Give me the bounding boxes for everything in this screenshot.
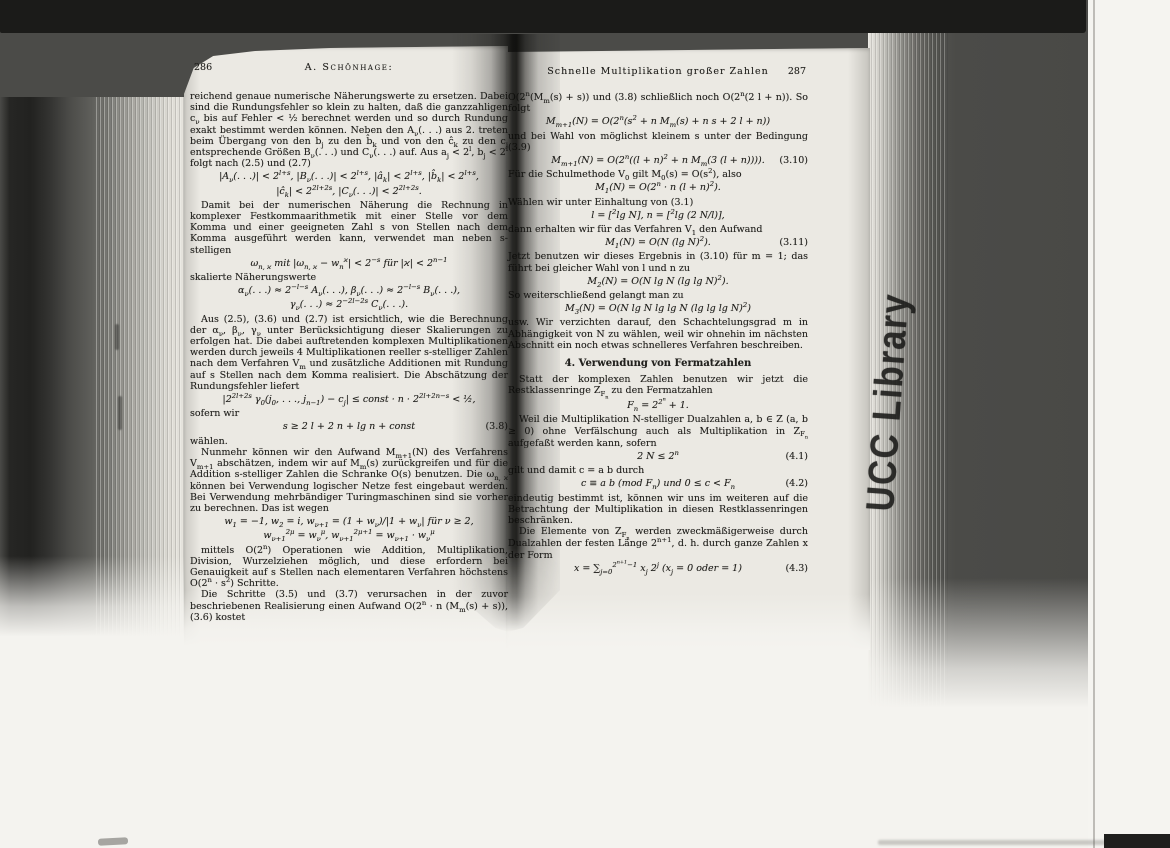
text-run: dann erhalten wir für das Verfahren V1 d… bbox=[508, 224, 762, 235]
paragraph: O(2n(Mm(s) + s)) und (3.8) schließlich n… bbox=[508, 92, 808, 114]
equation-number: (3.11) bbox=[779, 237, 808, 248]
display-equation: |22l+2s γ0(j0, . . ., jn−1) − cj| ≤ cons… bbox=[190, 394, 508, 405]
right-page-number: 287 bbox=[788, 66, 806, 77]
text-run: Die Elemente von ZFn werden zweckmäßiger… bbox=[508, 526, 808, 560]
text-run: M1(N) = O(N (lg N)2). bbox=[605, 237, 711, 248]
text-run: s ≥ 2 l + 2 n + lg n + const bbox=[283, 421, 415, 432]
paragraph: gilt und damit c = a b durch bbox=[508, 465, 808, 476]
left-page-header: 286 A. Schönhage: bbox=[190, 62, 508, 75]
scanner-top-band bbox=[0, 0, 1086, 33]
scan-artifact-mark bbox=[98, 837, 128, 846]
left-running-head: A. Schönhage: bbox=[190, 62, 508, 73]
paragraph: reichend genaue numerische Näherungswert… bbox=[190, 91, 508, 169]
text-run: Statt der komplexen Zahlen benutzen wir … bbox=[508, 374, 808, 396]
display-equation: Mm+1(N) = O(2n(s2 + n Mm(s) + n s + 2 l … bbox=[508, 116, 808, 127]
scan-corner-band bbox=[1104, 834, 1170, 848]
text-run: c ≡ a b (mod Fn) und 0 ≤ c < Fn bbox=[581, 478, 735, 489]
paragraph: Die Elemente von ZFn werden zweckmäßiger… bbox=[508, 526, 808, 561]
display-equation: wν+12μ = wνμ, wν+12μ+1 = wν+1 · wνμ bbox=[190, 530, 508, 541]
text-run: O(2n(Mm(s) + s)) und (3.8) schließlich n… bbox=[508, 92, 808, 114]
paragraph: So weiterschließend gelangt man zu bbox=[508, 290, 808, 301]
text-run: eindeutig bestimmt ist, können wir uns i… bbox=[508, 493, 808, 526]
display-equation: αν(. . .) ≈ 2−l−s Aν(. . .), βν(. . .) ≈… bbox=[190, 285, 508, 296]
page-edge-mark bbox=[118, 396, 122, 430]
text-run: w1 = −1, w2 = i, wν+1 = (1 + wν)/|1 + wν… bbox=[224, 516, 473, 527]
equation-number: (3.8) bbox=[485, 421, 508, 432]
page-edge-mark bbox=[115, 324, 119, 350]
paragraph: Damit bei der numerischen Näherung die R… bbox=[190, 200, 508, 256]
paragraph: Wählen wir unter Einhaltung von (3.1) bbox=[508, 197, 808, 208]
equation-number: (4.1) bbox=[785, 451, 808, 462]
display-equation: |ĉk| < 22l+2s, |Cν(. . .)| < 22l+2s. bbox=[190, 186, 508, 197]
display-equation: M3(N) = O(N lg N lg lg N (lg lg lg N)2) bbox=[508, 303, 808, 314]
section-heading: 4. Verwendung von Fermatzahlen bbox=[508, 358, 808, 369]
paragraph: Die Schritte (3.5) und (3.7) verursachen… bbox=[190, 589, 508, 623]
paragraph: dann erhalten wir für das Verfahren V1 d… bbox=[508, 224, 808, 235]
text-run: wν+12μ = wνμ, wν+12μ+1 = wν+1 · wνμ bbox=[263, 530, 434, 541]
text-run: 4. Verwendung von Fermatzahlen bbox=[565, 358, 752, 369]
paper-edge-line bbox=[1093, 0, 1095, 848]
display-equation: x = ∑j=02n+1−1 xj 2j (xj = 0 oder = 1)(4… bbox=[508, 563, 808, 575]
paragraph: Jetzt benutzen wir dieses Ergebnis in (3… bbox=[508, 251, 808, 273]
display-equation: |Aν(. . .)| < 2l+s, |Bν(. . .)| < 2l+s, … bbox=[190, 171, 508, 182]
display-equation: Fn = 22n + 1. bbox=[508, 400, 808, 412]
text-run: So weiterschließend gelangt man zu bbox=[508, 290, 684, 301]
paragraph: sofern wir bbox=[190, 408, 508, 419]
display-equation: 2 N ≤ 2n(4.1) bbox=[508, 451, 808, 462]
paragraph: Nunmehr können wir den Aufwand Mm+1(N) d… bbox=[190, 447, 508, 514]
text-run: ωn, ϰ mit |ωn, ϰ − wnϰ| < 2−s für |ϰ| < … bbox=[251, 258, 448, 269]
right-page-content: Schnelle Multiplikation großer Zahlen 28… bbox=[508, 66, 808, 578]
paragraph: eindeutig bestimmt ist, können wir uns i… bbox=[508, 493, 808, 527]
text-run: M1(N) = O(2n · n (l + n)2). bbox=[595, 182, 721, 193]
left-page-body: reichend genaue numerische Näherungswert… bbox=[190, 91, 508, 623]
text-run: Jetzt benutzen wir dieses Ergebnis in (3… bbox=[508, 251, 808, 273]
equation-number: (3.10) bbox=[779, 155, 808, 166]
paragraph: Für die Schulmethode V0 gilt M0(s) = O(s… bbox=[508, 169, 808, 180]
left-bed-fade bbox=[0, 556, 192, 640]
display-equation: l = [2lg N], n = [2lg (2 N/l)], bbox=[508, 210, 808, 221]
paragraph: und bei Wahl von möglichst kleinem s unt… bbox=[508, 131, 808, 153]
right-bed-fade bbox=[868, 578, 1088, 708]
text-run: x = ∑j=02n+1−1 xj 2j (xj = 0 oder = 1) bbox=[574, 563, 742, 574]
paragraph: Weil die Multiplikation N-stelliger Dual… bbox=[508, 414, 808, 449]
text-run: und bei Wahl von möglichst kleinem s unt… bbox=[508, 131, 808, 153]
paragraph: usw. Wir verzichten darauf, den Schachte… bbox=[508, 317, 808, 351]
equation-number: (4.2) bbox=[785, 478, 808, 489]
display-equation: M1(N) = O(2n · n (l + n)2). bbox=[508, 182, 808, 193]
text-run: Die Schritte (3.5) und (3.7) verursachen… bbox=[190, 589, 508, 622]
display-equation: Mm+1(N) = O(2n((l + n)2 + n Mm(3 (l + n)… bbox=[508, 155, 808, 166]
text-run: Damit bei der numerischen Näherung die R… bbox=[190, 200, 508, 256]
text-run: l = [2lg N], n = [2lg (2 N/l)], bbox=[591, 210, 724, 221]
display-equation: γν(. . .) ≈ 2−2l−2s Cν(. . .). bbox=[190, 299, 508, 310]
right-running-head: Schnelle Multiplikation großer Zahlen bbox=[508, 66, 808, 77]
right-page-header: Schnelle Multiplikation großer Zahlen 28… bbox=[508, 66, 808, 79]
paragraph: skalierte Näherungswerte bbox=[190, 272, 508, 283]
text-run: Für die Schulmethode V0 gilt M0(s) = O(s… bbox=[508, 169, 742, 180]
display-equation: s ≥ 2 l + 2 n + lg n + const(3.8) bbox=[190, 421, 508, 432]
scan-artifact-smudge bbox=[878, 840, 1108, 845]
display-equation: c ≡ a b (mod Fn) und 0 ≤ c < Fn(4.2) bbox=[508, 478, 808, 489]
text-run: Fn = 22n + 1. bbox=[627, 400, 689, 411]
text-run: skalierte Näherungswerte bbox=[190, 272, 316, 283]
text-run: usw. Wir verzichten darauf, den Schachte… bbox=[508, 317, 808, 350]
text-run: |ĉk| < 22l+2s, |Cν(. . .)| < 22l+2s. bbox=[276, 186, 422, 197]
text-run: reichend genaue numerische Näherungswert… bbox=[190, 91, 508, 169]
text-run: αν(. . .) ≈ 2−l−s Aν(. . .), βν(. . .) ≈… bbox=[238, 285, 460, 296]
text-run: M3(N) = O(N lg N lg lg N (lg lg lg N)2) bbox=[565, 303, 751, 314]
right-page-body: O(2n(Mm(s) + s)) und (3.8) schließlich n… bbox=[508, 92, 808, 575]
paragraph: Statt der komplexen Zahlen benutzen wir … bbox=[508, 374, 808, 397]
paragraph: wählen. bbox=[190, 436, 508, 447]
text-run: γν(. . .) ≈ 2−2l−2s Cν(. . .). bbox=[290, 299, 408, 310]
left-page-content: 286 A. Schönhage: reichend genaue numeri… bbox=[190, 62, 508, 623]
text-run: Weil die Multiplikation N-stelliger Dual… bbox=[508, 414, 808, 448]
equation-number: (4.3) bbox=[785, 563, 808, 574]
display-equation: w1 = −1, w2 = i, wν+1 = (1 + wν)/|1 + wν… bbox=[190, 516, 508, 527]
text-run: M2(N) = O(N lg N (lg lg N)2). bbox=[587, 276, 728, 287]
text-run: |Aν(. . .)| < 2l+s, |Bν(. . .)| < 2l+s, … bbox=[219, 171, 479, 182]
text-run: Wählen wir unter Einhaltung von (3.1) bbox=[508, 197, 693, 208]
text-run: sofern wir bbox=[190, 408, 239, 419]
display-equation: M2(N) = O(N lg N (lg lg N)2). bbox=[508, 276, 808, 287]
text-run: mittels O(2n) Operationen wie Addition, … bbox=[190, 545, 508, 590]
text-run: |22l+2s γ0(j0, . . ., jn−1) − cj| ≤ cons… bbox=[223, 394, 476, 405]
text-run: 2 N ≤ 2n bbox=[637, 451, 679, 462]
text-run: Nunmehr können wir den Aufwand Mm+1(N) d… bbox=[190, 447, 508, 514]
paragraph: Aus (2.5), (3.6) und (2.7) ist ersichtli… bbox=[190, 314, 508, 392]
scan-margin-strip bbox=[1088, 0, 1170, 848]
text-run: Aus (2.5), (3.6) und (2.7) ist ersichtli… bbox=[190, 314, 508, 392]
text-run: Mm+1(N) = O(2n(s2 + n Mm(s) + n s + 2 l … bbox=[546, 116, 770, 127]
text-run: wählen. bbox=[190, 436, 228, 447]
text-run: gilt und damit c = a b durch bbox=[508, 465, 644, 476]
display-equation: ωn, ϰ mit |ωn, ϰ − wnϰ| < 2−s für |ϰ| < … bbox=[190, 258, 508, 269]
paragraph: mittels O(2n) Operationen wie Addition, … bbox=[190, 545, 508, 590]
text-run: Mm+1(N) = O(2n((l + n)2 + n Mm(3 (l + n)… bbox=[551, 155, 764, 166]
display-equation: M1(N) = O(N (lg N)2).(3.11) bbox=[508, 237, 808, 248]
